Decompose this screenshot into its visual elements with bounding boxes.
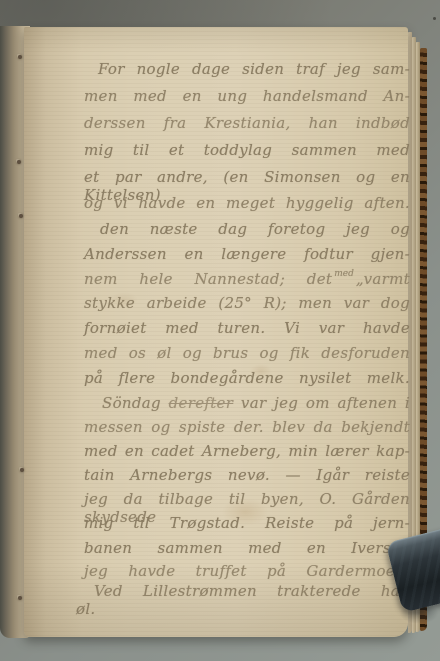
photo-of-open-notebook: For nogle dage siden traf jeg sam-men me… (0, 0, 440, 661)
stitch-hole (20, 468, 24, 472)
manuscript-page (24, 27, 408, 637)
stitch-hole (19, 214, 23, 218)
stitch-hole (18, 55, 22, 59)
stitch-hole (17, 160, 21, 164)
dust-speck (433, 17, 436, 20)
stitch-hole (18, 596, 22, 600)
